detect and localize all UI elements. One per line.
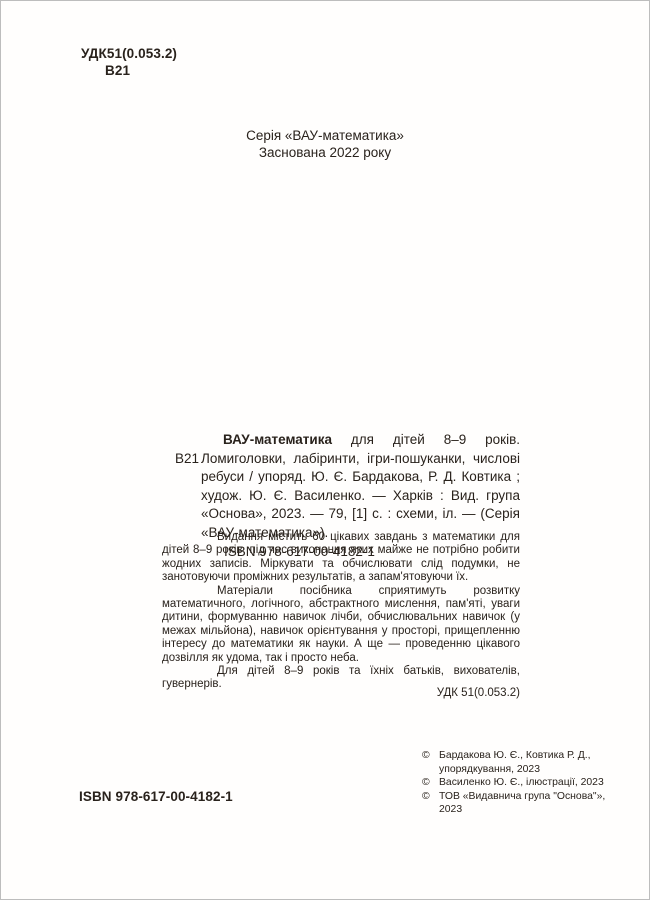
copyright-entry: © Василенко Ю. Є., ілюстрації, 2023 <box>422 776 627 790</box>
copyright-entry: © ТОВ «Видавнича група "Основа"», 2023 <box>422 790 627 817</box>
copyright-text: Бардакова Ю. Є., Ковтика Р. Д., упорядку… <box>439 749 627 776</box>
bbk-author-sign: В21 <box>81 62 177 79</box>
bibliographic-description: ВАУ-математика для дітей 8–9 років. Ломи… <box>201 431 520 543</box>
imprint-page: УДК51(0.053.2) В21 Серія «ВАУ-математика… <box>0 0 650 900</box>
annotation-paragraph-2: Матеріали посібника сприятимуть розвитку… <box>162 585 520 665</box>
annotation-paragraph-1: Видання містить 60 цікавих завдань з мат… <box>162 531 520 585</box>
copyright-line: ТОВ «Видавнича група "Основа"», 2023 <box>439 790 627 817</box>
copyright-line: Василенко Ю. Є., ілюстрації, 2023 <box>439 776 627 790</box>
copyright-block: © Бардакова Ю. Є., Ковтика Р. Д., упоряд… <box>422 749 627 817</box>
series-founded: Заснована 2022 року <box>1 144 649 161</box>
copyright-line: упорядкування, 2023 <box>439 763 627 777</box>
copyright-text: Василенко Ю. Є., ілюстрації, 2023 <box>439 776 627 790</box>
copyright-symbol: © <box>422 776 439 790</box>
series-name: Серія «ВАУ-математика» <box>1 127 649 144</box>
catalog-card-index: В21 <box>175 450 199 469</box>
classification-block: УДК51(0.053.2) В21 <box>81 45 177 79</box>
udk-bottom-number: УДК 51(0.053.2) <box>162 687 520 699</box>
series-block: Серія «ВАУ-математика» Заснована 2022 ро… <box>1 127 649 161</box>
bibliographic-description-text: для дітей 8–9 років. Ломиголовки, лабіри… <box>201 432 520 540</box>
annotation-block: Видання містить 60 цікавих завдань з мат… <box>162 531 520 692</box>
copyright-text: ТОВ «Видавнича група "Основа"», 2023 <box>439 790 627 817</box>
copyright-line: Бардакова Ю. Є., Ковтика Р. Д., <box>439 749 627 763</box>
book-title: ВАУ-математика <box>223 432 332 447</box>
copyright-symbol: © <box>422 790 439 817</box>
copyright-entry: © Бардакова Ю. Є., Ковтика Р. Д., упоряд… <box>422 749 627 776</box>
isbn-bottom: ISBN 978-617-00-4182-1 <box>79 789 233 804</box>
copyright-symbol: © <box>422 749 439 776</box>
udk-top-number: УДК51(0.053.2) <box>81 45 177 62</box>
